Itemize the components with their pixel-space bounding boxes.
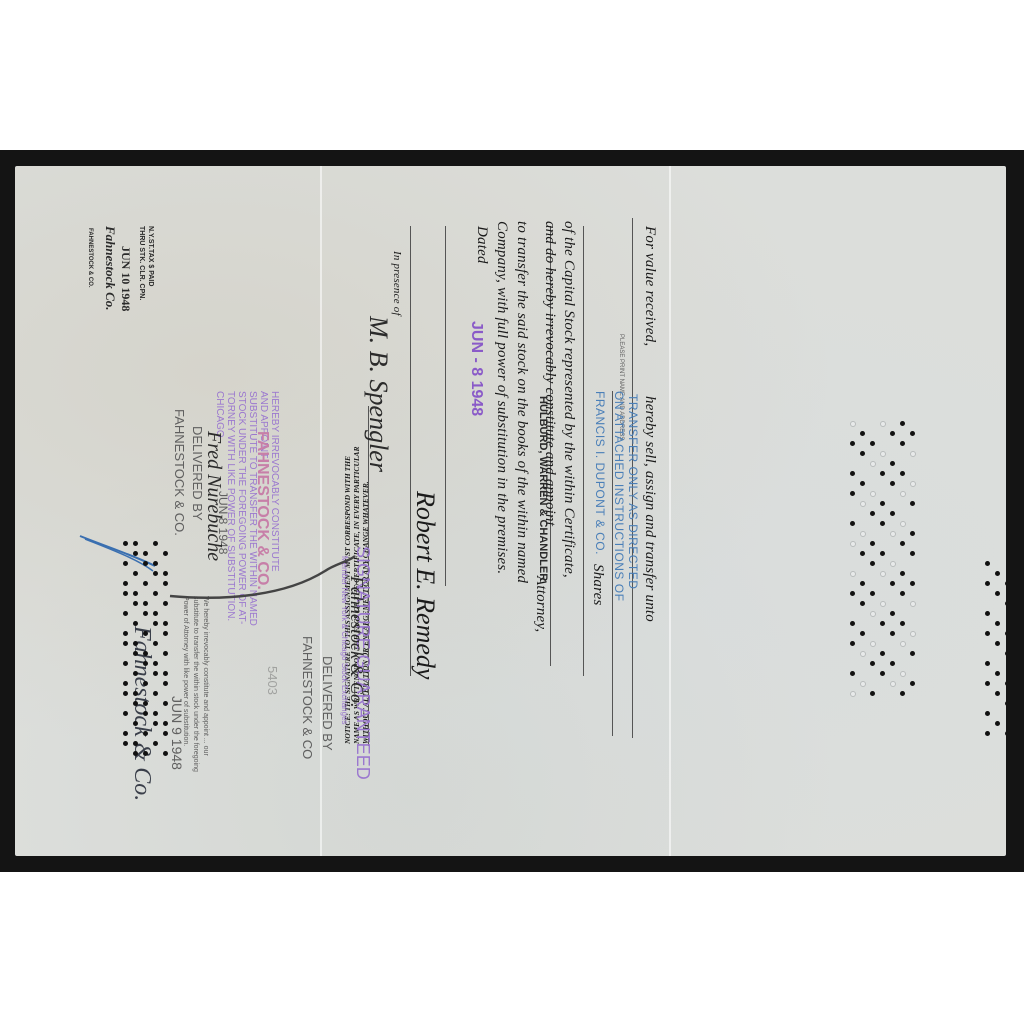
perforation-hole — [880, 421, 886, 427]
perforation-hole — [133, 601, 138, 606]
perforation-hole — [870, 611, 876, 617]
perforation-hole — [123, 691, 128, 696]
perforation-hole — [143, 561, 148, 566]
perforation-hole — [123, 731, 128, 736]
perforation-hole — [1005, 681, 1006, 686]
pen-mark — [75, 531, 175, 581]
perforation-hole — [163, 601, 168, 606]
perforation-hole — [890, 631, 895, 636]
perforation-hole — [880, 551, 885, 556]
perforation-hole — [163, 551, 168, 556]
perforation-hole — [890, 611, 895, 616]
perforation-hole — [143, 701, 148, 706]
perforation-hole — [890, 581, 895, 586]
perforation-hole — [890, 461, 895, 466]
tax-stamp-date: JUN 10 1948 — [118, 246, 133, 311]
in-presence-of-label: In presence of — [391, 251, 403, 316]
perforation-hole — [900, 621, 905, 626]
transfer-only-stamp: TRANSFER ONLY AS DIRECTED — [626, 394, 640, 589]
tax-stamp-signature: Fahnestock Co. — [102, 226, 118, 311]
delivered-by-stamp: DELIVERED BY — [320, 656, 335, 751]
perforation-hole — [1005, 581, 1006, 586]
sell-assign-transfer: hereby sell, assign and transfer unto — [641, 396, 658, 622]
perforation-hole — [860, 531, 866, 537]
transfer-said-stock-line: to transfer the said stock on the books … — [513, 221, 530, 583]
perforation-hole — [880, 571, 886, 577]
perforation-hole — [890, 531, 896, 537]
form-rule — [445, 226, 446, 586]
perforation-hole — [850, 671, 855, 676]
perforation-hole — [123, 561, 128, 566]
substitution-date: JUN 9 1948 — [169, 696, 185, 770]
perforation-hole — [870, 511, 875, 516]
perforation-hole — [163, 751, 168, 756]
perforation-hole — [870, 641, 876, 647]
perforation-hole — [910, 531, 915, 536]
perforation-hole — [860, 451, 865, 456]
perforation-hole — [153, 591, 158, 596]
perforation-hole — [133, 691, 138, 696]
perforation-hole — [910, 551, 915, 556]
perforation-hole — [900, 521, 906, 527]
assignee-stamp: FRANCIS I. DUPONT & CO. — [593, 391, 607, 555]
perforation-hole — [123, 661, 128, 666]
perforation-hole — [910, 431, 915, 436]
perforation-hole — [163, 671, 168, 676]
perforation-hole — [850, 521, 855, 526]
perforation-hole — [900, 671, 906, 677]
perforation-hole — [163, 581, 168, 586]
perforation-hole — [133, 591, 138, 596]
perforation-hole — [850, 641, 855, 646]
perforation-hole — [850, 621, 855, 626]
perforation-hole — [143, 681, 148, 686]
form-rule — [583, 226, 584, 676]
perforation-hole — [995, 721, 1000, 726]
perforation-hole — [143, 581, 148, 586]
perforation-hole — [850, 541, 856, 547]
perforation-hole — [995, 671, 1000, 676]
perforation-hole — [1005, 631, 1006, 636]
perforation-hole — [123, 641, 128, 646]
perforation-hole — [985, 731, 990, 736]
perforation-hole — [133, 621, 138, 626]
perforation-hole — [133, 721, 138, 726]
owner-signature: Robert E. Remedy — [410, 491, 440, 679]
perforation-hole — [985, 631, 990, 636]
perforation-hole — [860, 551, 865, 556]
perforation-hole — [880, 501, 885, 506]
perforation-hole — [153, 721, 158, 726]
perforation-hole — [850, 571, 856, 577]
perforation-hole — [910, 651, 915, 656]
perforation-hole — [995, 571, 1000, 576]
perforation-hole — [860, 481, 865, 486]
perforation-hole — [860, 431, 865, 436]
perforation-hole — [985, 661, 990, 666]
tax-stamp-firm: FAHNESTOCK & CO. — [87, 228, 93, 288]
perforation-hole — [860, 501, 866, 507]
perforation-hole — [143, 731, 148, 736]
perforation-hole — [1005, 731, 1006, 736]
perforation-hole — [123, 711, 128, 716]
perforation-hole — [123, 681, 128, 686]
perforation-hole — [900, 691, 905, 696]
perforation-hole — [143, 751, 148, 756]
perforation-hole — [143, 661, 148, 666]
full-power-line: Company, with full power of substitution… — [493, 221, 510, 574]
perforation-hole — [910, 631, 916, 637]
perforation-hole — [123, 541, 128, 546]
perforation-hole — [163, 701, 168, 706]
perforation-hole — [985, 611, 990, 616]
perforation-hole — [900, 471, 905, 476]
perforation-hole — [890, 661, 895, 666]
perforation-hole — [153, 671, 158, 676]
perforation-hole — [900, 571, 905, 576]
pencil-stroke — [165, 546, 365, 626]
perforation-hole — [985, 681, 990, 686]
perforation-hole — [900, 421, 905, 426]
perforation-hole — [880, 471, 885, 476]
perforation-hole — [860, 601, 865, 606]
perforation-hole — [123, 581, 128, 586]
perforation-hole — [133, 571, 138, 576]
perforation-hole — [143, 611, 148, 616]
perforation-hole — [1005, 701, 1006, 706]
perforation-hole — [880, 621, 885, 626]
perforation-hole — [163, 621, 168, 626]
perforation-hole — [1005, 651, 1006, 656]
perforation-hole — [870, 591, 875, 596]
tax-stamp: N.Y.ST.TAX $ PAID THRU STK. CLR. CPN. — [137, 226, 155, 300]
perforation-hole — [900, 641, 906, 647]
perforation-hole — [850, 591, 855, 596]
perforation-hole — [143, 631, 148, 636]
perforation-hole — [985, 581, 990, 586]
perforation-hole — [860, 681, 866, 687]
perforation-hole — [163, 571, 168, 576]
fahnestock-stamp: FAHNESTOCK & CO — [300, 636, 315, 759]
capital-stock-line: of the Capital Stock represented by the … — [560, 221, 577, 578]
perforation-hole — [123, 631, 128, 636]
perforation-hole — [153, 661, 158, 666]
perforation-hole — [910, 601, 916, 607]
perforation-hole — [153, 621, 158, 626]
perforation-hole — [910, 581, 915, 586]
perforation-hole — [870, 441, 875, 446]
perforation-hole — [985, 711, 990, 716]
perforation-hole — [870, 691, 875, 696]
perforation-hole — [163, 721, 168, 726]
perforation-hole — [870, 561, 875, 566]
perforation-hole — [860, 651, 866, 657]
perforation-hole — [133, 741, 138, 746]
perforation-hole — [850, 491, 855, 496]
perforation-hole — [870, 541, 875, 546]
perforation-hole — [900, 591, 905, 596]
perforation-hole — [850, 441, 855, 446]
delivered-by-stamp-2: DELIVERED BY — [190, 426, 205, 521]
perforation-hole — [133, 651, 138, 656]
perforation-hole — [870, 461, 876, 467]
perforation-hole — [910, 681, 915, 686]
perforation-hole — [910, 501, 915, 506]
certificate-back: For value received, hereby sell, assign … — [15, 166, 1006, 856]
perforation-hole — [143, 601, 148, 606]
perforation-hole — [133, 701, 138, 706]
perforation-hole — [995, 591, 1000, 596]
for-value-received: For value received, — [641, 226, 658, 346]
perforation-hole — [153, 691, 158, 696]
fold-line — [669, 166, 671, 856]
perforation-hole — [123, 741, 128, 746]
perforation-hole — [985, 561, 990, 566]
perforation-hole — [163, 681, 168, 686]
perforation-hole — [163, 731, 168, 736]
perforation-hole — [153, 541, 158, 546]
perforation-hole — [123, 591, 128, 596]
perforation-hole — [133, 641, 138, 646]
perforation-hole — [995, 621, 1000, 626]
perforation-hole — [900, 491, 906, 497]
perforation-hole — [880, 651, 885, 656]
perforation-hole — [133, 541, 138, 546]
perforation-hole — [143, 651, 148, 656]
perforation-hole — [890, 681, 896, 687]
shares-label: Shares — [589, 564, 606, 605]
perforation-hole — [153, 641, 158, 646]
fold-line — [320, 166, 322, 856]
perforation-hole — [995, 641, 1000, 646]
dated-label: Dated — [473, 226, 490, 264]
perforation-hole — [880, 451, 886, 457]
dated-stamp: JUN - 8 1948 — [467, 321, 485, 416]
perforation-hole — [900, 541, 905, 546]
perforation-hole — [133, 751, 138, 756]
perforation-hole — [123, 611, 128, 616]
perforation-hole — [153, 741, 158, 746]
perforation-hole — [890, 431, 895, 436]
perforation-hole — [153, 611, 158, 616]
perforation-hole — [900, 441, 905, 446]
perforation-hole — [850, 421, 856, 427]
fahnestock-stamp-2: FAHNESTOCK & CO. — [172, 409, 187, 536]
perforation-hole — [890, 561, 896, 567]
perforation-hole — [910, 451, 916, 457]
attorney-label: Attorney, — [532, 576, 549, 632]
poa-signature: Fred Nurebuche — [202, 431, 225, 561]
attorney-stamp: HULBURD, WARREN & CHANDLER — [537, 396, 549, 581]
perforation-hole — [880, 601, 886, 607]
perforation-hole — [850, 691, 856, 697]
perforation-hole — [133, 671, 138, 676]
perforation-hole — [880, 671, 885, 676]
perforation-hole — [133, 551, 138, 556]
perforation-hole — [153, 571, 158, 576]
perforation-hole — [163, 631, 168, 636]
perforation-hole — [850, 471, 855, 476]
perforation-hole — [860, 581, 865, 586]
perforation-hole — [890, 481, 895, 486]
perforation-hole — [870, 661, 875, 666]
perforation-hole — [1005, 601, 1006, 606]
perforation-hole — [870, 491, 876, 497]
perforation-hole — [860, 631, 865, 636]
perforation-hole — [153, 561, 158, 566]
perforation-hole — [995, 691, 1000, 696]
perforation-hole — [163, 651, 168, 656]
perforation-hole — [910, 481, 916, 487]
faint-number: 5403 — [265, 666, 280, 695]
attached-instructions-stamp: ON ATTACHED INSTRUCTIONS OF — [612, 391, 626, 601]
perforation-hole — [880, 521, 885, 526]
perforation-hole — [153, 711, 158, 716]
perforation-hole — [143, 551, 148, 556]
perforation-hole — [143, 711, 148, 716]
perforation-hole — [890, 511, 895, 516]
